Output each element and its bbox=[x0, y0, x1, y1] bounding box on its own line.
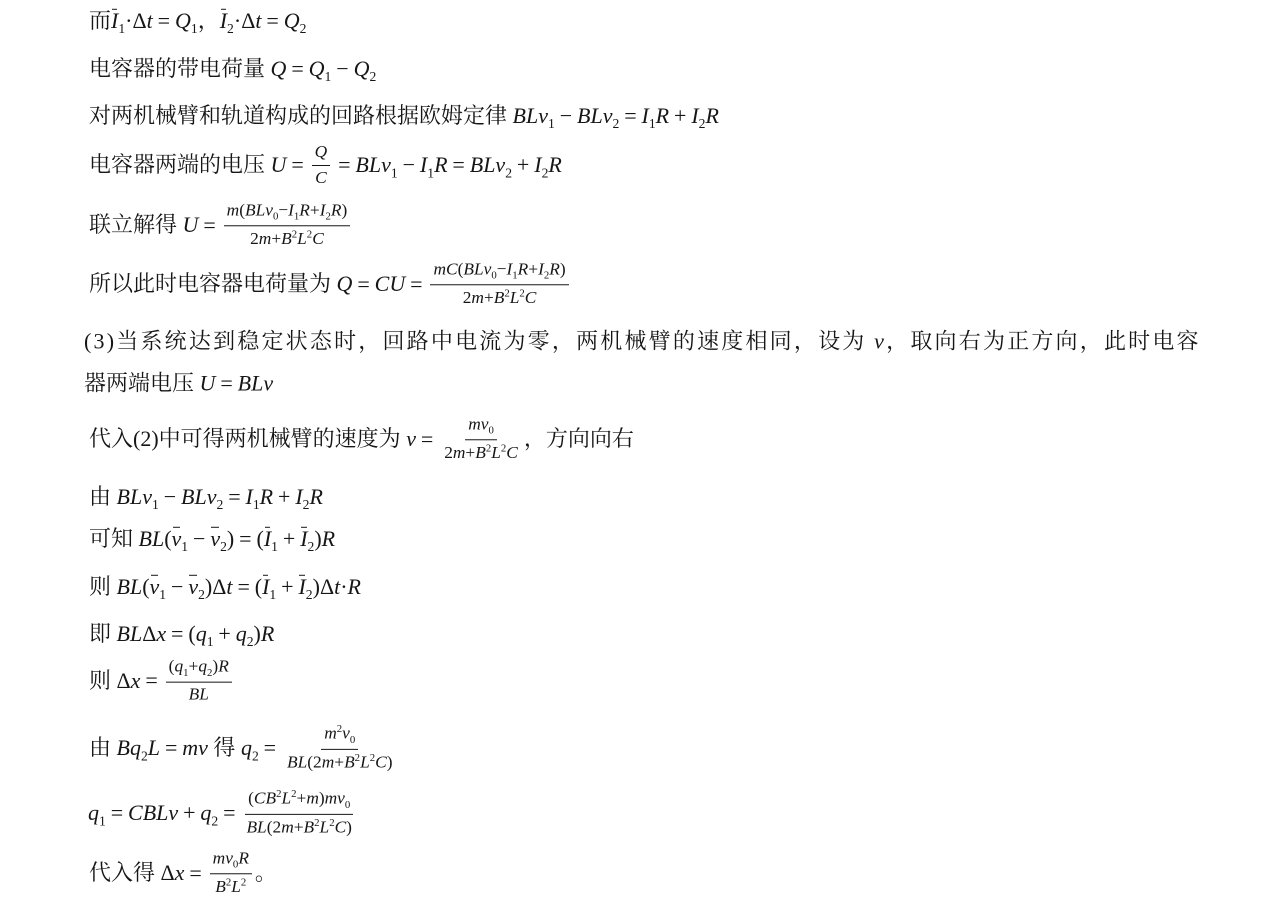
solution-line-6: 所以此时电容器电荷量为 Q=CU=mC(BLv0−I1R+I2R)2m+B2L2… bbox=[89, 261, 572, 310]
math-operator: = bbox=[261, 7, 283, 35]
chinese-text: 可知 bbox=[89, 526, 139, 551]
math-operator: − bbox=[166, 573, 188, 601]
math-variable: B bbox=[344, 753, 355, 772]
overbar-variable: v bbox=[172, 525, 182, 553]
subscript: 2 bbox=[198, 587, 205, 602]
overbar-variable: v bbox=[210, 525, 220, 553]
math-operator: + bbox=[512, 151, 534, 179]
math-roman: + bbox=[334, 753, 344, 772]
math-roman: ( bbox=[188, 621, 195, 646]
subscript: 1 bbox=[253, 497, 260, 512]
math-variable: B bbox=[215, 877, 226, 896]
math-operator: = bbox=[333, 151, 355, 179]
chinese-text: 由 bbox=[89, 735, 117, 760]
math-variable: m bbox=[259, 229, 272, 248]
math-operator: = bbox=[286, 55, 308, 83]
fraction-denominator: 2m+B2L2C bbox=[460, 285, 540, 308]
math-roman: (2) bbox=[133, 426, 159, 451]
math-variable: C bbox=[506, 443, 518, 462]
chinese-text: 而 bbox=[89, 8, 111, 33]
math-variable: L bbox=[510, 288, 520, 307]
math-variable: q bbox=[174, 657, 183, 676]
math-variable: CB bbox=[254, 789, 276, 808]
subscript: 1 bbox=[191, 21, 198, 36]
math-operator: = bbox=[416, 425, 438, 453]
math-roman: ( bbox=[255, 574, 262, 599]
math-variable: I bbox=[246, 484, 253, 509]
solution-line-5: 联立解得 U=m(BLv0−I1R+I2R)2m+B2L2C bbox=[89, 202, 353, 251]
math-roman: + bbox=[189, 657, 199, 676]
fraction-numerator: m(BLv0−I1R+I2R) bbox=[224, 200, 351, 226]
fraction-numerator: Q bbox=[312, 142, 331, 166]
math-operator: − bbox=[555, 102, 577, 130]
math-operator: = bbox=[153, 7, 175, 35]
fraction: (q1+q2)RBL bbox=[166, 657, 232, 706]
math-variable: L bbox=[148, 735, 160, 760]
math-variable: R bbox=[299, 200, 310, 219]
math-variable: L bbox=[360, 753, 370, 772]
math-operator: = bbox=[106, 799, 128, 827]
math-roman: Δ bbox=[241, 8, 255, 33]
subscript: 2 bbox=[220, 539, 227, 554]
subscript: 1 bbox=[271, 539, 278, 554]
chinese-text: 电容器的带电荷量 bbox=[89, 56, 271, 81]
math-operator: − bbox=[331, 55, 353, 83]
math-variable: U bbox=[271, 152, 287, 177]
math-variable: v bbox=[874, 328, 886, 353]
math-roman: 2 bbox=[313, 753, 322, 772]
subscript: 2 bbox=[369, 69, 376, 84]
chinese-text: 则 bbox=[89, 574, 117, 599]
math-roman: ) bbox=[387, 753, 393, 772]
solution-line-11: 可知 BL(v1−v2)=(I1+I2)R bbox=[89, 525, 335, 555]
math-variable: BL bbox=[246, 818, 266, 837]
math-variable: R bbox=[705, 103, 718, 128]
overbar-variable: I bbox=[220, 7, 227, 35]
math-variable: R bbox=[238, 848, 249, 867]
fraction-numerator: mC(BLv0−I1R+I2R) bbox=[430, 259, 568, 285]
math-operator: = bbox=[184, 859, 206, 887]
fraction-numerator: mv0R bbox=[210, 848, 252, 874]
math-operator: = bbox=[259, 734, 281, 762]
fraction: m(BLv0−I1R+I2R)2m+B2L2C bbox=[224, 200, 351, 249]
math-variable: q bbox=[200, 800, 211, 825]
math-variable: m bbox=[227, 200, 240, 219]
math-operator: + bbox=[214, 620, 236, 648]
math-variable: mv bbox=[213, 848, 233, 867]
math-variable: BLv bbox=[355, 152, 390, 177]
math-variable: BL bbox=[117, 574, 143, 599]
math-variable: q bbox=[88, 800, 99, 825]
math-roman: Δ bbox=[161, 860, 175, 885]
subscript: 2 bbox=[227, 21, 234, 36]
subscript: 0 bbox=[345, 799, 350, 811]
solution-line-1: 而I1·Δt=Q1，I2·Δt=Q2 bbox=[89, 7, 306, 37]
math-variable: L bbox=[281, 789, 291, 808]
math-variable: BLv bbox=[463, 259, 491, 278]
math-operator: = bbox=[405, 270, 427, 298]
fraction: QC bbox=[312, 142, 331, 188]
math-variable: q bbox=[198, 657, 207, 676]
subscript: 1 bbox=[207, 634, 214, 649]
math-variable: BLv bbox=[245, 200, 273, 219]
solution-line-4: 电容器两端的电压 U=QC=BLv1−I1R=BLv2+I2R bbox=[89, 144, 562, 190]
math-variable: B bbox=[475, 443, 486, 462]
math-roman: + bbox=[465, 443, 475, 462]
overbar-variable: I bbox=[262, 573, 269, 601]
fraction: mv0RB2L2 bbox=[210, 848, 252, 897]
subscript: 2 bbox=[211, 813, 218, 828]
math-roman: ) bbox=[313, 574, 320, 599]
math-variable: I bbox=[534, 152, 541, 177]
math-variable: Q bbox=[271, 56, 287, 81]
math-variable: x bbox=[175, 860, 185, 885]
chinese-text: 则 bbox=[89, 668, 117, 693]
math-variable: C bbox=[375, 753, 387, 772]
math-variable: R bbox=[518, 259, 529, 278]
solution-line-10: 由 BLv1−BLv2=I1R+I2R bbox=[89, 483, 323, 513]
math-variable: mv bbox=[325, 789, 345, 808]
math-roman: + bbox=[297, 789, 307, 808]
solution-line-14: 则 Δx=(q1+q2)RBL bbox=[89, 659, 235, 708]
fraction: m2v0BL(2m+B2L2C) bbox=[284, 723, 396, 773]
chinese-text: ， bbox=[198, 8, 220, 33]
overbar-variable: I bbox=[111, 7, 118, 35]
overbar-variable: I bbox=[264, 525, 271, 553]
fraction: (CB2L2+m)mv0BL(2m+B2L2C) bbox=[243, 788, 355, 838]
solution-line-9: 代入(2)中可得两机械臂的速度为 v=mv02m+B2L2C，方向向右 bbox=[89, 416, 634, 465]
math-variable: m bbox=[281, 818, 294, 837]
math-variable: R bbox=[322, 526, 335, 551]
math-variable: C bbox=[525, 288, 537, 307]
solution-line-13: 即 BLΔx=(q1+q2)R bbox=[89, 620, 274, 650]
subscript: 1 bbox=[159, 587, 166, 602]
math-variable: BLv bbox=[181, 484, 216, 509]
math-variable: Bq bbox=[117, 735, 141, 760]
math-variable: R bbox=[348, 574, 361, 599]
math-operator: = bbox=[234, 525, 256, 553]
math-variable: R bbox=[331, 200, 342, 219]
math-roman: 2 bbox=[444, 443, 453, 462]
math-roman: 2 bbox=[250, 229, 259, 248]
subscript: 2 bbox=[505, 165, 512, 180]
chinese-text: 。 bbox=[255, 860, 277, 885]
solution-line-3: 对两机械臂和轨道构成的回路根据欧姆定律 BLv1−BLv2=I1R+I2R bbox=[89, 102, 719, 132]
math-variable: U bbox=[200, 370, 216, 395]
math-variable: v bbox=[406, 426, 416, 451]
math-roman: + bbox=[294, 818, 304, 837]
math-roman: ) bbox=[341, 200, 347, 219]
fraction-denominator: BL bbox=[186, 683, 212, 706]
fraction-denominator: BL(2m+B2L2C) bbox=[284, 750, 396, 773]
chinese-text: 代入得 bbox=[89, 860, 161, 885]
math-variable: B bbox=[281, 229, 292, 248]
overbar-variable: v bbox=[150, 573, 160, 601]
subscript: 1 bbox=[391, 165, 398, 180]
math-variable: U bbox=[183, 212, 199, 237]
math-variable: L bbox=[231, 877, 241, 896]
math-variable: m bbox=[471, 288, 484, 307]
overbar-variable: I bbox=[300, 525, 307, 553]
fraction-denominator: BL(2m+B2L2C) bbox=[243, 815, 355, 838]
superscript: 2 bbox=[241, 876, 246, 888]
math-roman: Δ bbox=[320, 574, 334, 599]
math-variable: mC bbox=[433, 259, 457, 278]
math-operator: = bbox=[215, 369, 237, 397]
subscript: 2 bbox=[141, 748, 148, 763]
math-variable: Q bbox=[337, 271, 353, 296]
math-variable: BLv bbox=[238, 370, 273, 395]
fraction-denominator: 2m+B2L2C bbox=[441, 440, 521, 463]
math-variable: q bbox=[241, 735, 252, 760]
chinese-text: 所以此时电容器电荷量为 bbox=[89, 271, 337, 296]
math-roman: − bbox=[497, 259, 507, 278]
subscript: 0 bbox=[350, 734, 355, 746]
math-variable: C bbox=[315, 168, 327, 187]
math-roman: Δ bbox=[132, 8, 146, 33]
math-variable: L bbox=[297, 229, 307, 248]
math-operator: + bbox=[273, 483, 295, 511]
chinese-text: 当系统达到稳定状态时，回路中电流为零，两机械臂的速度相同，设为 bbox=[116, 328, 874, 353]
subscript: 2 bbox=[300, 21, 307, 36]
math-variable: I bbox=[642, 103, 649, 128]
chinese-text: ，取向右为正方向，此时电容 bbox=[886, 328, 1201, 353]
math-variable: CU bbox=[375, 271, 406, 296]
fraction: mv02m+B2L2C bbox=[441, 414, 521, 463]
math-variable: BL bbox=[287, 753, 307, 772]
math-variable: m bbox=[306, 789, 319, 808]
math-roman: (3) bbox=[84, 328, 116, 353]
chinese-text: 即 bbox=[89, 621, 117, 646]
fraction-denominator: B2L2 bbox=[212, 874, 249, 897]
document-page: 而I1·Δt=Q1，I2·Δt=Q2电容器的带电荷量 Q=Q1−Q2对两机械臂和… bbox=[0, 0, 1279, 914]
math-variable: Q bbox=[284, 8, 300, 33]
math-roman: ) bbox=[227, 526, 234, 551]
math-roman: ) bbox=[560, 259, 566, 278]
math-variable: q bbox=[236, 621, 247, 646]
subscript: 1 bbox=[649, 116, 656, 131]
math-variable: BLv bbox=[513, 103, 548, 128]
math-variable: Q bbox=[354, 56, 370, 81]
math-variable: v bbox=[342, 724, 350, 743]
overbar-variable: v bbox=[188, 573, 198, 601]
math-variable: BL bbox=[117, 621, 143, 646]
chinese-text: ，方向向右 bbox=[524, 426, 634, 451]
solution-line-8: 器两端电压 U=BLv bbox=[84, 369, 273, 397]
math-roman: ( bbox=[142, 574, 149, 599]
math-variable: C bbox=[335, 818, 347, 837]
math-variable: mv bbox=[182, 735, 208, 760]
subscript: 1 bbox=[99, 813, 106, 828]
fraction-numerator: m2v0 bbox=[321, 723, 358, 750]
math-variable: q bbox=[196, 621, 207, 646]
subscript: 1 bbox=[548, 116, 555, 131]
chinese-text: 器两端电压 bbox=[84, 370, 200, 395]
math-operator: + bbox=[669, 102, 691, 130]
math-variable: x bbox=[131, 668, 141, 693]
fraction-numerator: (CB2L2+m)mv0 bbox=[245, 788, 353, 815]
math-roman: ) bbox=[346, 818, 352, 837]
math-roman: + bbox=[271, 229, 281, 248]
fraction-denominator: C bbox=[312, 166, 330, 189]
chinese-text: 对两机械臂和轨道构成的回路根据欧姆定律 bbox=[89, 103, 513, 128]
math-roman: ( bbox=[164, 526, 171, 551]
solution-line-2: 电容器的带电荷量 Q=Q1−Q2 bbox=[89, 55, 376, 85]
chinese-text: 得 bbox=[208, 735, 241, 760]
math-roman: + bbox=[310, 200, 320, 219]
math-operator: − bbox=[159, 483, 181, 511]
chinese-text: 中可得两机械臂的速度为 bbox=[159, 426, 407, 451]
math-operator: + bbox=[278, 525, 300, 553]
solution-line-16: q1=CBLv+q2=(CB2L2+m)mv0BL(2m+B2L2C) bbox=[88, 790, 358, 840]
math-variable: R bbox=[218, 657, 229, 676]
math-variable: x bbox=[156, 621, 166, 646]
math-operator: = bbox=[448, 151, 470, 179]
math-variable: R bbox=[261, 621, 274, 646]
math-variable: B bbox=[494, 288, 505, 307]
math-operator: − bbox=[398, 151, 420, 179]
subscript: 1 bbox=[269, 587, 276, 602]
math-variable: CBLv bbox=[128, 800, 178, 825]
solution-line-17: 代入得 Δx=mv0RB2L2。 bbox=[89, 850, 277, 899]
math-variable: BL bbox=[139, 526, 165, 551]
subscript: 2 bbox=[306, 587, 313, 602]
fraction: mC(BLv0−I1R+I2R)2m+B2L2C bbox=[430, 259, 568, 308]
math-operator: = bbox=[233, 573, 255, 601]
math-operator: = bbox=[619, 102, 641, 130]
math-operator: = bbox=[218, 799, 240, 827]
math-variable: m bbox=[324, 724, 337, 743]
math-variable: BLv bbox=[117, 484, 152, 509]
fraction-denominator: 2m+B2L2C bbox=[247, 226, 327, 249]
solution-line-15: 由 Bq2L=mv 得 q2=m2v0BL(2m+B2L2C) bbox=[89, 725, 398, 775]
math-roman: Δ bbox=[142, 621, 156, 646]
chinese-text: 由 bbox=[89, 484, 117, 509]
math-variable: I bbox=[295, 484, 302, 509]
fraction-numerator: mv0 bbox=[465, 414, 497, 440]
chinese-text: 电容器两端的电压 bbox=[89, 152, 271, 177]
math-variable: mv bbox=[468, 414, 488, 433]
math-variable: R bbox=[260, 484, 273, 509]
subscript: 2 bbox=[247, 634, 254, 649]
math-operator: + bbox=[178, 799, 200, 827]
math-variable: R bbox=[309, 484, 322, 509]
math-roman: Δ bbox=[117, 668, 131, 693]
subscript: 2 bbox=[612, 116, 619, 131]
math-variable: m bbox=[322, 753, 335, 772]
overbar-variable: I bbox=[298, 573, 305, 601]
math-variable: I bbox=[691, 103, 698, 128]
math-operator: = bbox=[160, 734, 182, 762]
math-variable: Q bbox=[175, 8, 191, 33]
solution-line-7: (3)当系统达到稳定状态时，回路中电流为零，两机械臂的速度相同，设为 v，取向右… bbox=[84, 327, 1201, 355]
math-roman: + bbox=[528, 259, 538, 278]
math-operator: = bbox=[140, 667, 162, 695]
math-operator: = bbox=[286, 151, 308, 179]
math-variable: R bbox=[656, 103, 669, 128]
solution-line-12: 则 BL(v1−v2)Δt=(I1+I2)Δt·R bbox=[89, 573, 361, 603]
math-variable: Q bbox=[309, 56, 325, 81]
math-variable: R bbox=[434, 152, 447, 177]
math-variable: L bbox=[320, 818, 330, 837]
math-roman: + bbox=[484, 288, 494, 307]
math-variable: R bbox=[549, 259, 560, 278]
math-operator: = bbox=[166, 620, 188, 648]
math-roman: ) bbox=[254, 621, 261, 646]
math-operator: − bbox=[188, 525, 210, 553]
math-variable: R bbox=[548, 152, 561, 177]
subscript: 1 bbox=[325, 69, 332, 84]
math-roman: ) bbox=[314, 526, 321, 551]
chinese-text: 代入 bbox=[89, 426, 133, 451]
math-variable: L bbox=[491, 443, 501, 462]
math-roman: ( bbox=[256, 526, 263, 551]
math-variable: B bbox=[304, 818, 315, 837]
math-roman: · bbox=[340, 574, 347, 599]
math-operator: = bbox=[352, 270, 374, 298]
subscript: 2 bbox=[216, 497, 223, 512]
math-operator: = bbox=[223, 483, 245, 511]
math-operator: = bbox=[198, 211, 220, 239]
subscript: 0 bbox=[488, 425, 493, 437]
math-variable: BLv bbox=[470, 152, 505, 177]
subscript: 1 bbox=[181, 539, 188, 554]
fraction-numerator: (q1+q2)R bbox=[166, 657, 232, 683]
subscript: 1 bbox=[152, 497, 159, 512]
math-variable: BLv bbox=[577, 103, 612, 128]
math-roman: Δ bbox=[212, 574, 226, 599]
math-variable: Q bbox=[315, 142, 328, 161]
chinese-text: 联立解得 bbox=[89, 212, 183, 237]
math-variable: BL bbox=[189, 685, 209, 704]
subscript: 2 bbox=[252, 748, 259, 763]
math-roman: 2 bbox=[273, 818, 282, 837]
math-variable: m bbox=[453, 443, 466, 462]
math-operator: + bbox=[276, 573, 298, 601]
math-variable: C bbox=[312, 229, 324, 248]
math-roman: − bbox=[278, 200, 288, 219]
